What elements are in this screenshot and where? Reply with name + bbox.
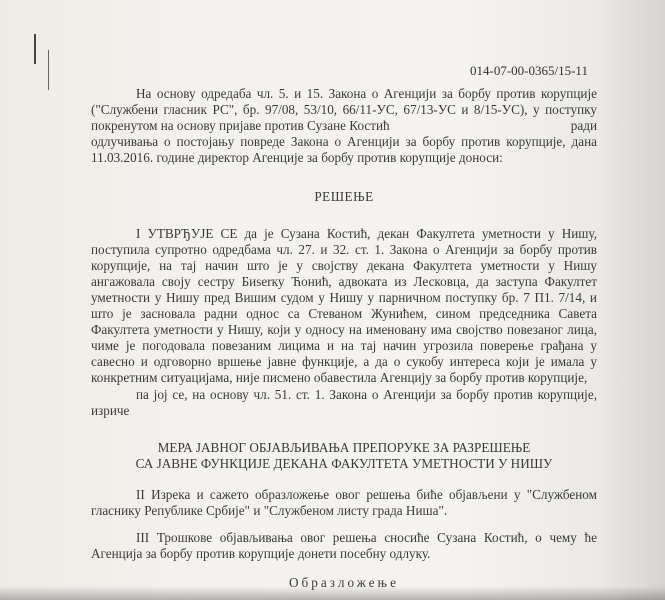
item-two-line: гласнику Републике Србије" и "Службеном … xyxy=(91,503,597,519)
margin-mark xyxy=(48,50,49,90)
item-one-line: што је засновала радни однос са Стеваном… xyxy=(91,306,597,322)
item-one-line: поступила супротно одредбама чл. 27. и 3… xyxy=(91,242,597,258)
preamble: На основу одредаба чл. 5. и 15. Закона о… xyxy=(91,86,597,166)
item-one-line: уметности у Нишу пред Вишим судом у Нишу… xyxy=(91,290,597,306)
item-one-line: Факултета уметности у Нишу, који у однос… xyxy=(91,322,597,338)
preamble-line: ("Службени гласник РС", бр. 97/08, 53/10… xyxy=(91,102,597,118)
item-two-line: II Изрека и сажето образложење овог реше… xyxy=(91,487,597,503)
item-one-line: корупције, на тај начин што је у својств… xyxy=(91,258,597,274)
item-one-line: савесно и одговорно вршење јавне функциј… xyxy=(91,354,597,370)
preamble-line: одлучивања о постојању повреде Закона о … xyxy=(91,134,597,150)
pronouncement: па јој се, на основу чл. 51. ст. 1. Зако… xyxy=(91,387,597,419)
document-number: 014-07-00-0365/15-11 xyxy=(470,63,588,79)
item-one-line: чиме је погодовала повезаним лицима и на… xyxy=(91,338,597,354)
document-page: 014-07-00-0365/15-11 На основу одредаба … xyxy=(0,0,665,600)
preamble-line: покренутом на основу пријаве против Суза… xyxy=(91,118,390,133)
item-one-line: I УТВРЂУЈЕ СЕ да је Сузана Костић, декан… xyxy=(91,226,597,242)
measure-line: СА ЈАВНЕ ФУНКЦИЈЕ ДЕКАНА ФАКУЛТЕТА УМЕТН… xyxy=(91,456,597,472)
item-three: III Трошкове објављивања овог решења сно… xyxy=(91,530,597,562)
pronouncement-line: изриче xyxy=(91,403,597,419)
decision-title: РЕШЕЊЕ xyxy=(91,189,597,205)
item-one-line: конкретним ситуацијама, није писмено оба… xyxy=(91,370,597,386)
item-two: II Изрека и сажето образложење овог реше… xyxy=(91,487,597,519)
margin-mark xyxy=(34,34,36,64)
reasoning-heading: Образложење xyxy=(91,575,597,591)
measure-line: МЕРА ЈАВНОГ ОБЈАВЉИВАЊА ПРЕПОРУКЕ ЗА РАЗ… xyxy=(91,440,597,456)
preamble-line: ради xyxy=(571,118,597,134)
item-three-line: Агенција за борбу против корупције донет… xyxy=(91,546,597,562)
item-three-line: III Трошкове објављивања овог решења сно… xyxy=(91,530,597,546)
preamble-line: 11.03.2016. године директор Агенције за … xyxy=(91,150,597,166)
preamble-line: На основу одредаба чл. 5. и 15. Закона о… xyxy=(91,86,597,102)
item-one: I УТВРЂУЈЕ СЕ да је Сузана Костић, декан… xyxy=(91,226,597,386)
item-one-line: ангажовала своју сестру Биserку Ћонић, а… xyxy=(91,274,597,290)
pronouncement-line: па јој се, на основу чл. 51. ст. 1. Зако… xyxy=(91,387,597,403)
measure-heading: МЕРА ЈАВНОГ ОБЈАВЉИВАЊА ПРЕПОРУКЕ ЗА РАЗ… xyxy=(91,440,597,472)
